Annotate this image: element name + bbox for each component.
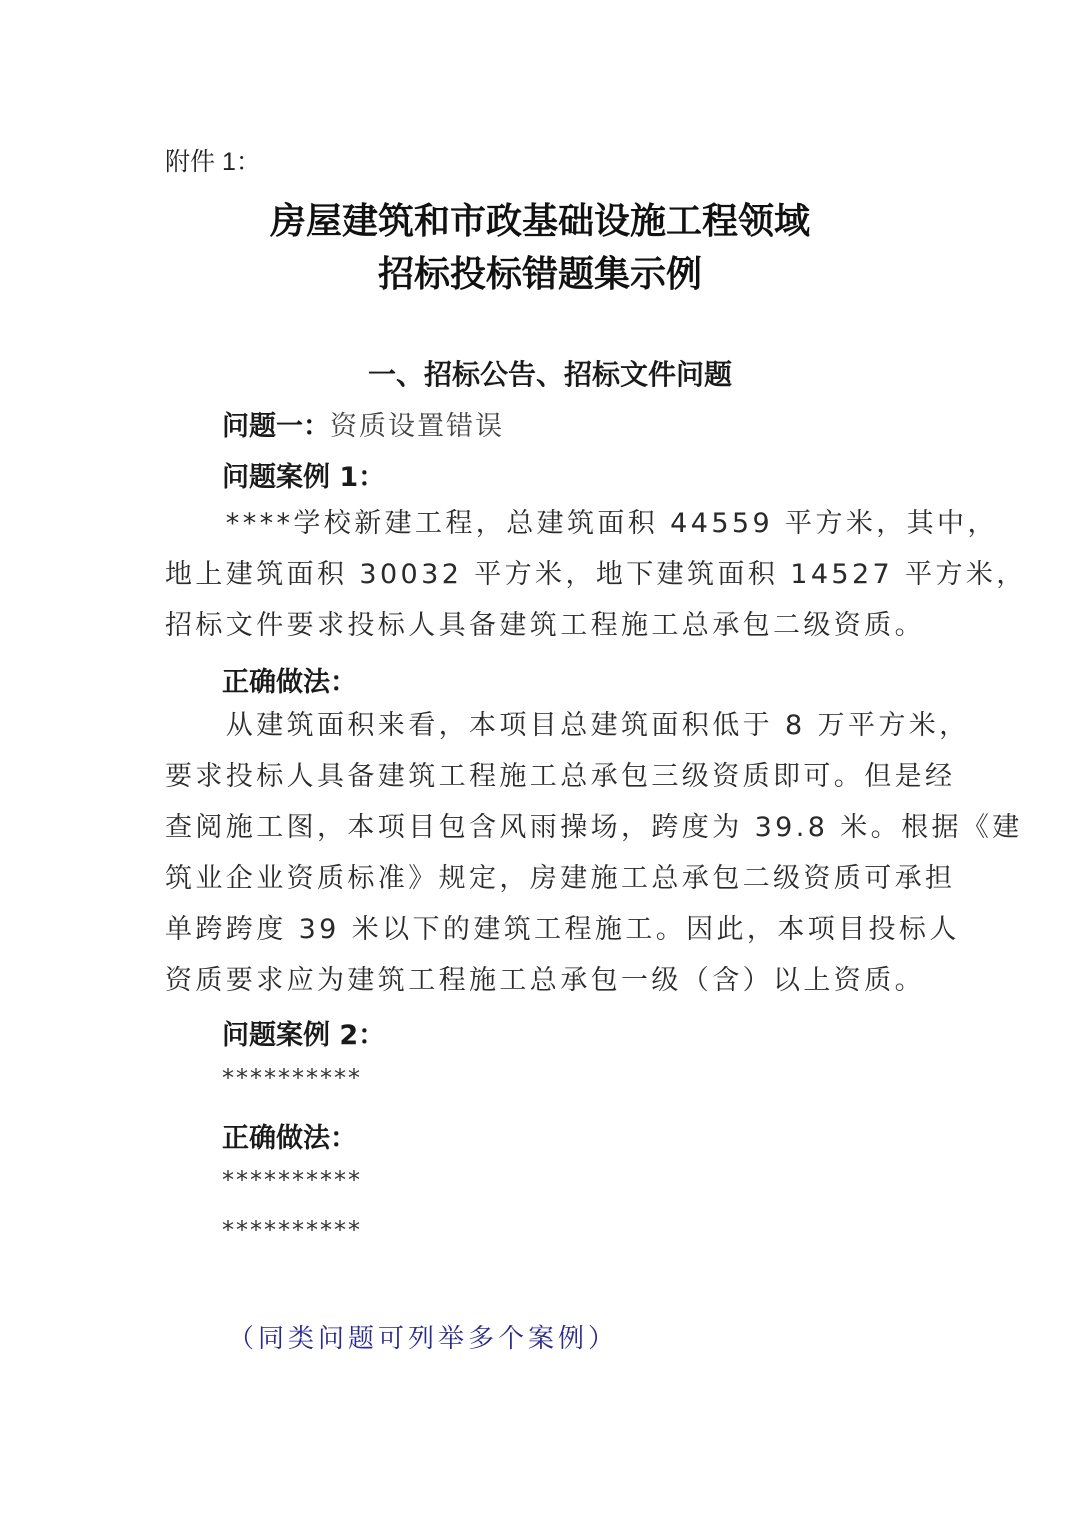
case-1-correct-line: 查阅施工图，本项目包含风雨操场，跨度为 39.8 米。根据《建 xyxy=(165,802,925,853)
document-title-line-2: 招标投标错题集示例 xyxy=(0,246,1080,297)
case-1-body-line: 招标文件要求投标人具备建筑工程施工总承包二级资质。 xyxy=(165,600,925,651)
case-1-correct-line: 要求投标人具备建筑工程施工总承包三级资质即可。但是经 xyxy=(165,751,925,802)
case-1-correct-body: 从建筑面积来看，本项目总建筑面积低于 8 万平方米， 要求投标人具备建筑工程施工… xyxy=(165,700,925,1006)
case-1-label: 问题案例 1： xyxy=(222,455,385,494)
case-1-body-line: 地上建筑面积 30032 平方米，地下建筑面积 14527 平方米， xyxy=(165,549,925,600)
case-1-correct-label: 正确做法： xyxy=(222,660,357,699)
case-2-correct-label: 正确做法： xyxy=(222,1116,357,1155)
case-1-correct-line: 单跨跨度 39 米以下的建筑工程施工。因此，本项目投标人 xyxy=(165,904,925,955)
case-2-correct-placeholder: ********** xyxy=(222,1216,362,1244)
case-2-label: 问题案例 2： xyxy=(222,1013,385,1052)
similar-cases-note: （同类问题可列举多个案例） xyxy=(228,1318,618,1355)
case-1-body-line: ****学校新建工程，总建筑面积 44559 平方米，其中， xyxy=(165,498,925,549)
problem-one-heading: 问题一：资质设置错误 xyxy=(222,404,504,443)
case-1-correct-line: 资质要求应为建筑工程施工总承包一级（含）以上资质。 xyxy=(165,955,925,1006)
attachment-label: 附件 1： xyxy=(165,142,261,178)
case-2-correct-placeholder: ********** xyxy=(222,1166,362,1194)
document-title-line-1: 房屋建筑和市政基础设施工程领域 xyxy=(0,193,1080,244)
case-2-body-placeholder: ********** xyxy=(222,1064,362,1092)
case-1-correct-line: 筑业企业资质标准》规定，房建施工总承包二级资质可承担 xyxy=(165,853,925,904)
section-heading: 一、招标公告、招标文件问题 xyxy=(0,353,1080,393)
problem-one-description: 资质设置错误 xyxy=(330,411,504,442)
problem-one-label: 问题一： xyxy=(222,411,330,442)
case-1-body: ****学校新建工程，总建筑面积 44559 平方米，其中， 地上建筑面积 30… xyxy=(165,498,925,651)
case-1-correct-line: 从建筑面积来看，本项目总建筑面积低于 8 万平方米， xyxy=(165,700,925,751)
